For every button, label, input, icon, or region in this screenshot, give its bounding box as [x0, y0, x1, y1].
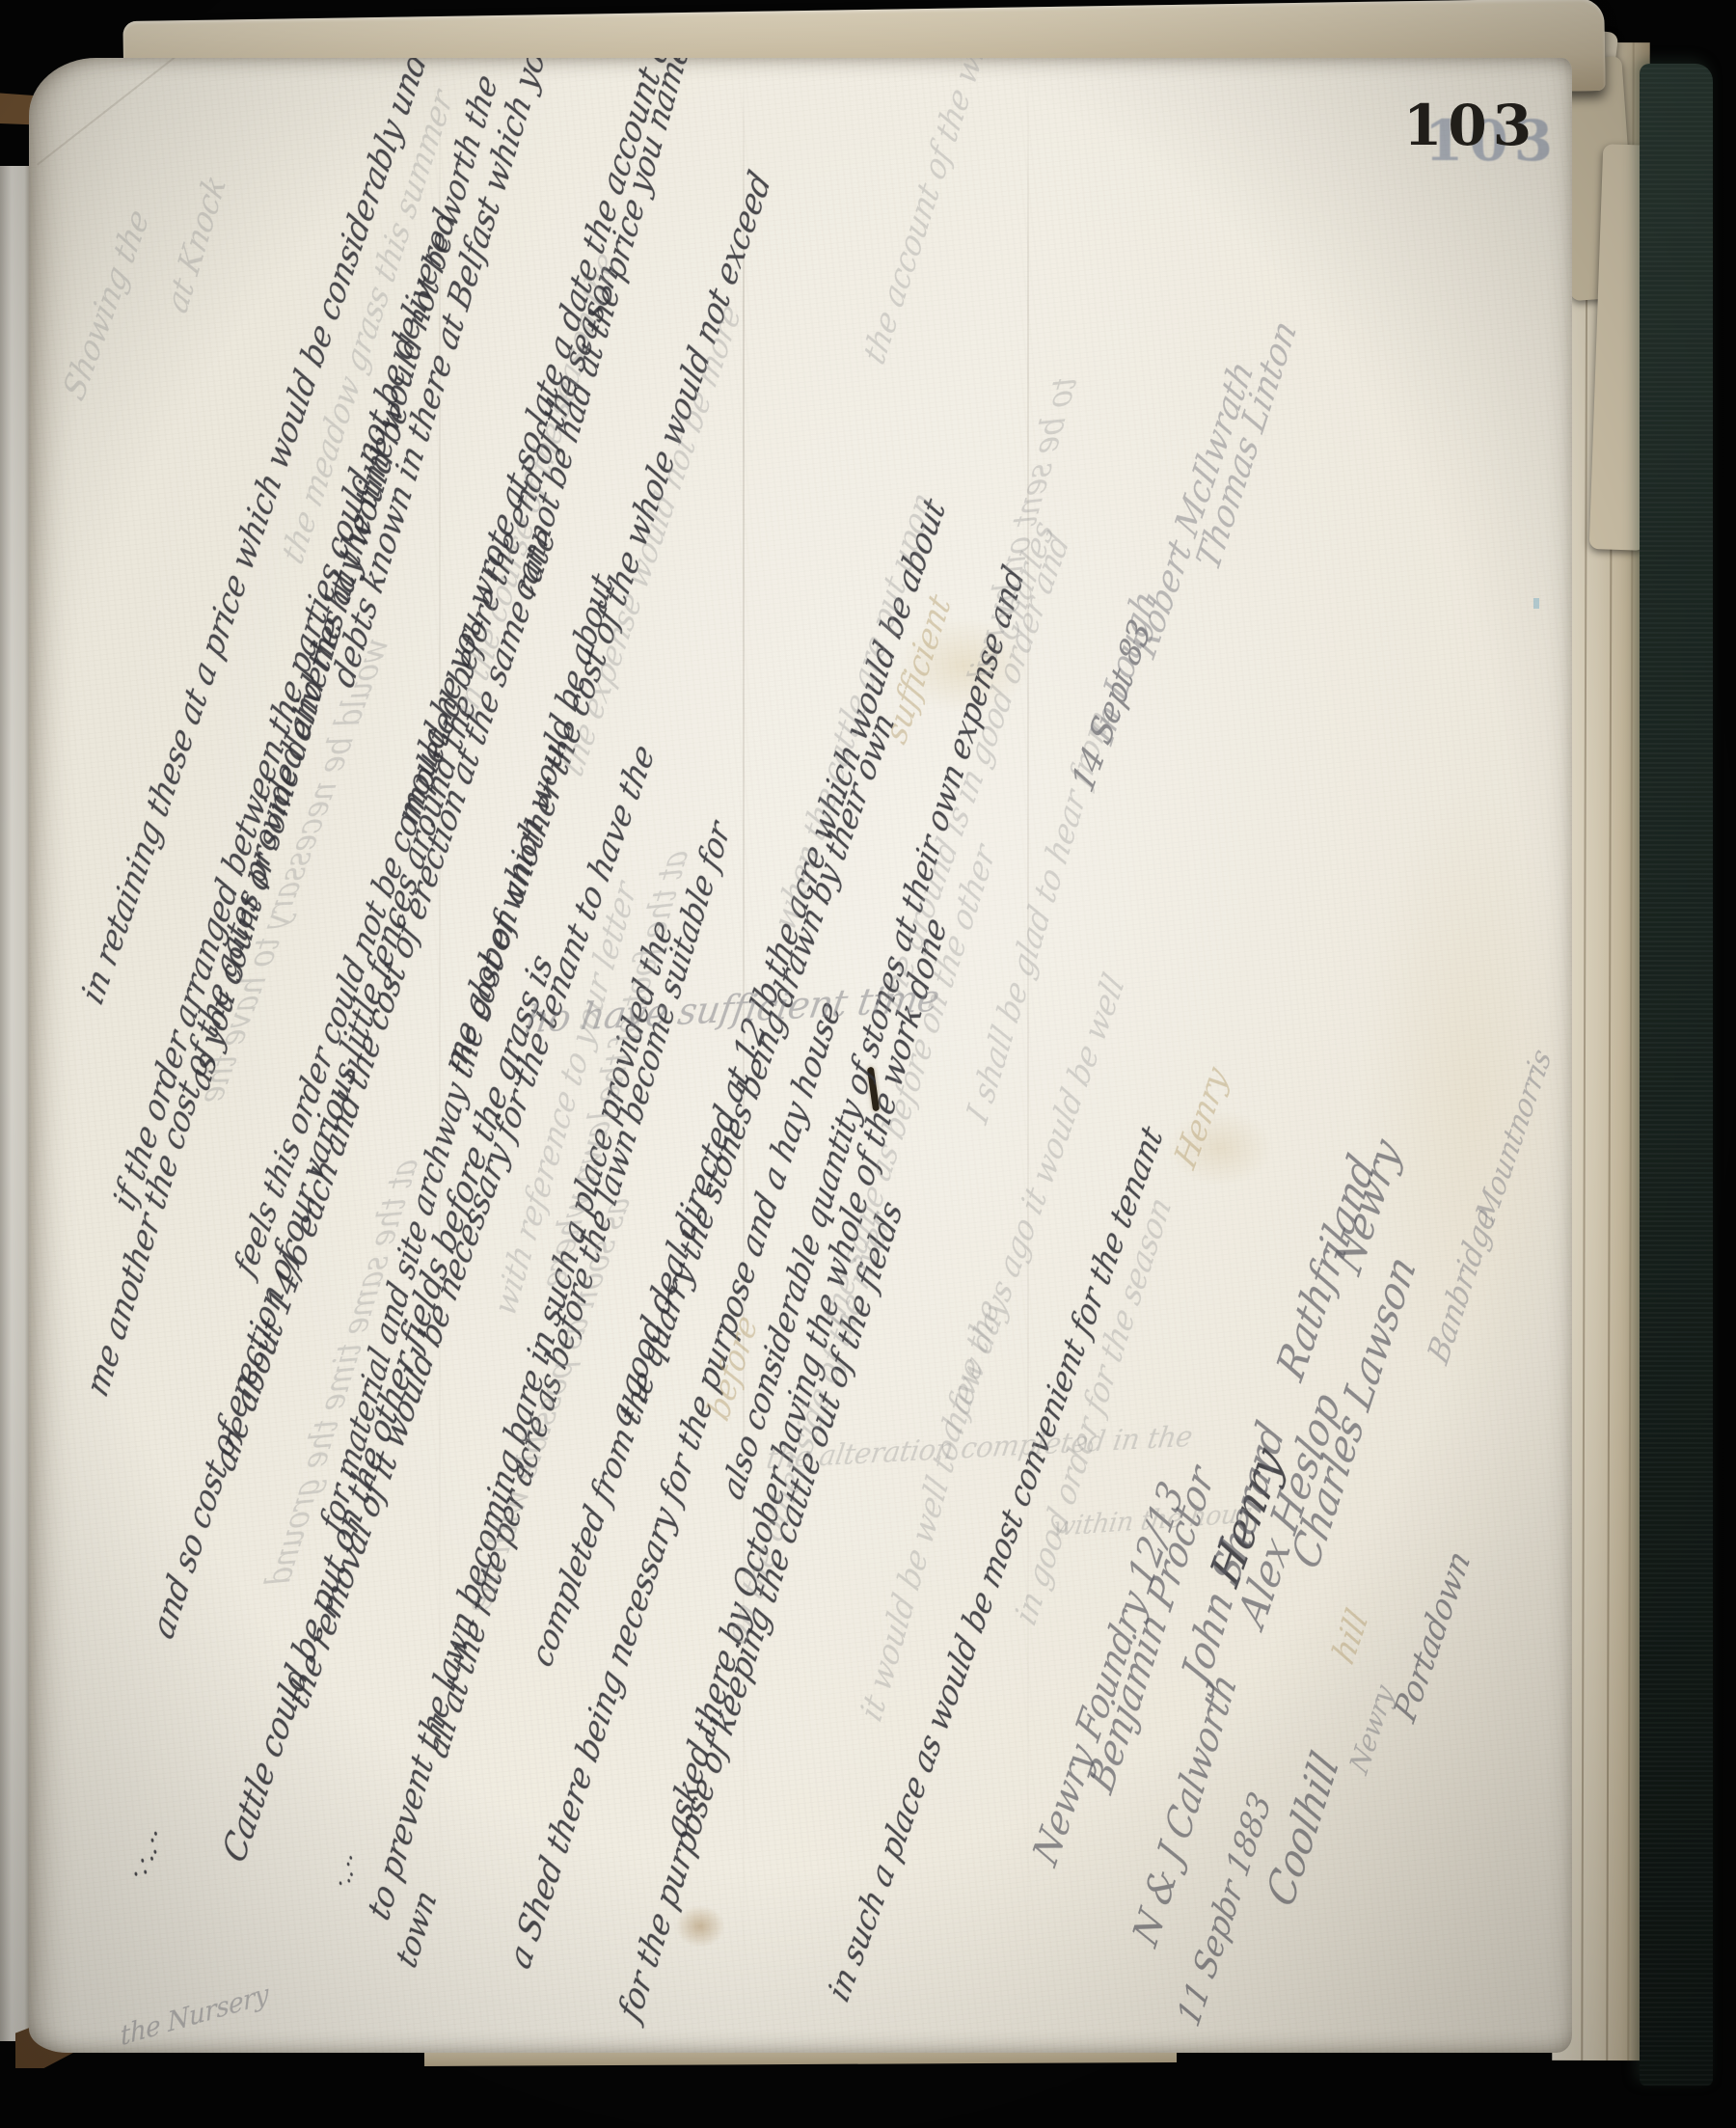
handwriting-line: hill — [1325, 1603, 1375, 1672]
handwriting-line: the account of the whole — [856, 58, 1010, 370]
page-number-stamp: 103 — [1403, 93, 1537, 158]
left-page-edge — [0, 166, 33, 2041]
handwriting-line: Newry — [1343, 1679, 1399, 1780]
manuscript-page: debts known in there at Belfast which yo… — [29, 58, 1572, 2053]
book-cover-edge — [1640, 64, 1713, 2086]
handwriting-line: ·.·..·· — [123, 1822, 170, 1888]
handwriting-line: Mountnorris — [1471, 1043, 1559, 1229]
handwriting-line: Henry — [1168, 1060, 1235, 1176]
scanned-manuscript: debts known in there at Belfast which yo… — [0, 0, 1736, 2128]
handwriting-line: Showing the — [56, 202, 156, 407]
handwriting-line: Portadown — [1387, 1543, 1478, 1729]
handwriting-layer: debts known in there at Belfast which yo… — [29, 58, 1572, 2053]
handwriting-line: it would be well to have the — [853, 1293, 1006, 1728]
page-edge-crease — [1581, 42, 1587, 2060]
handwriting-line: the Nursery — [120, 1979, 269, 2053]
handwriting-line: Banbridge — [1421, 1201, 1503, 1371]
handwriting-line: at Knock — [159, 168, 233, 319]
handwriting-line: ·..·· — [328, 1847, 364, 1895]
